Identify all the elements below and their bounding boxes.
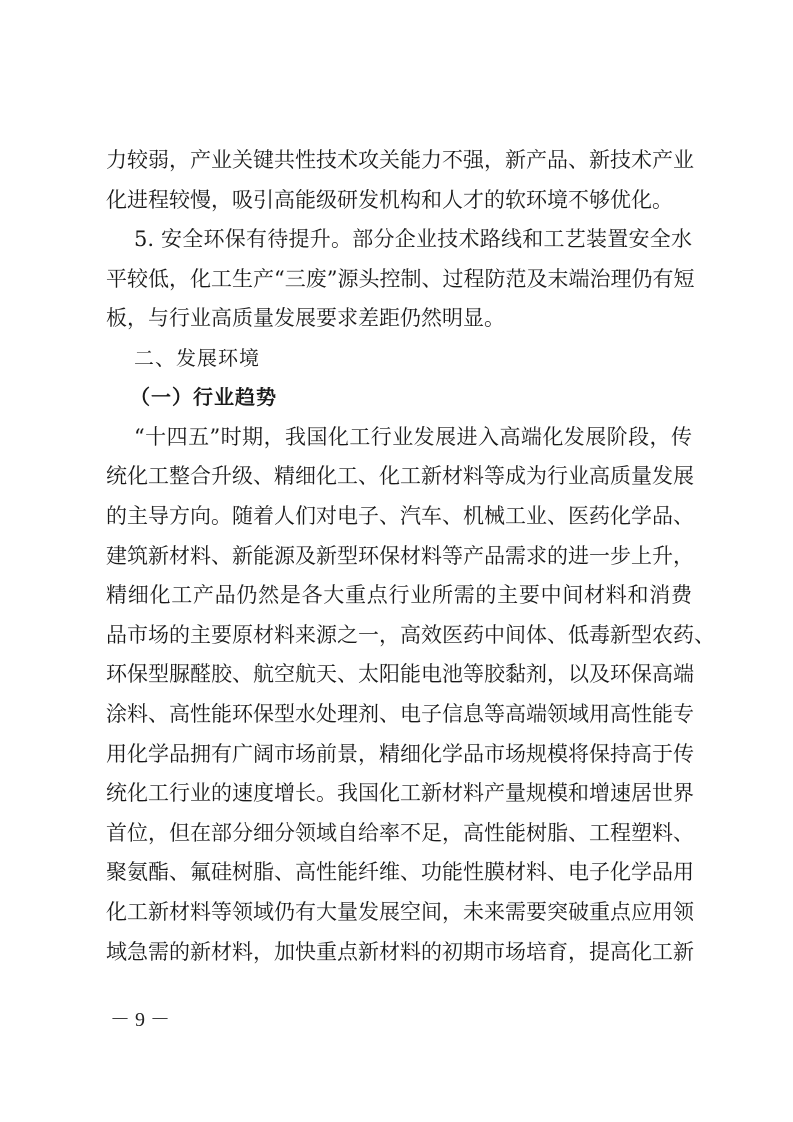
body-text-line: 的主导方向。随着人们对电子、汽车、机械工业、医药化学品、 [106,501,692,531]
body-text-line: 聚氨酯、氟硅树脂、高性能纤维、功能性膜材料、电子化学品用 [106,857,692,887]
list-item-5-line: 5. 安全环保有待提升。部分企业技术路线和工艺装置安全水 [134,224,692,254]
body-text-line: 化进程较慢，吸引高能级研发机构和人才的软环境不够优化。 [106,185,692,215]
body-text-line: 品市场的主要原材料来源之一，高效医药中间体、低毒新型农药、 [106,620,692,650]
body-text-line: 平较低，化工生产“三废”源头控制、过程防范及末端治理仍有短 [106,264,692,294]
body-text-line: “十四五”时期，我国化工行业发展进入高端化发展阶段，传 [134,422,692,452]
subsection-heading: （一）行业趋势 [130,382,716,412]
body-text-line: 用化学品拥有广阔市场前景，精细化学品市场规模将保持高于传 [106,739,692,769]
body-text-line: 化工新材料等领域仍有大量发展空间，未来需要突破重点应用领 [106,897,692,927]
body-text-line: 首位，但在部分细分领域自给率不足，高性能树脂、工程塑料、 [106,818,692,848]
body-text-line: 涂料、高性能环保型水处理剂、电子信息等高端领域用高性能专 [106,699,692,729]
body-text-line: 统化工行业的速度增长。我国化工新材料产量规模和增速居世界 [106,778,692,808]
body-text-line: 精细化工产品仍然是各大重点行业所需的主要中间材料和消费 [106,580,692,610]
document-page: 力较弱，产业关键共性技术攻关能力不强，新产品、新技术产业 化进程较慢，吸引高能级… [0,0,793,1122]
body-text-line: 环保型脲醛胶、航空航天、太阳能电池等胶黏剂，以及环保高端 [106,659,692,689]
page-number: － 9 － [110,1006,170,1034]
body-text-line: 板，与行业高质量发展要求差距仍然明显。 [106,303,692,333]
body-text-line: 统化工整合升级、精细化工、化工新材料等成为行业高质量发展 [106,461,692,491]
body-text-line: 建筑新材料、新能源及新型环保材料等产品需求的进一步上升， [106,541,692,571]
section-heading: 二、发展环境 [134,343,720,373]
body-text-line: 域急需的新材料，加快重点新材料的初期市场培育，提高化工新 [106,937,692,967]
body-text-line: 力较弱，产业关键共性技术攻关能力不强，新产品、新技术产业 [106,145,692,175]
